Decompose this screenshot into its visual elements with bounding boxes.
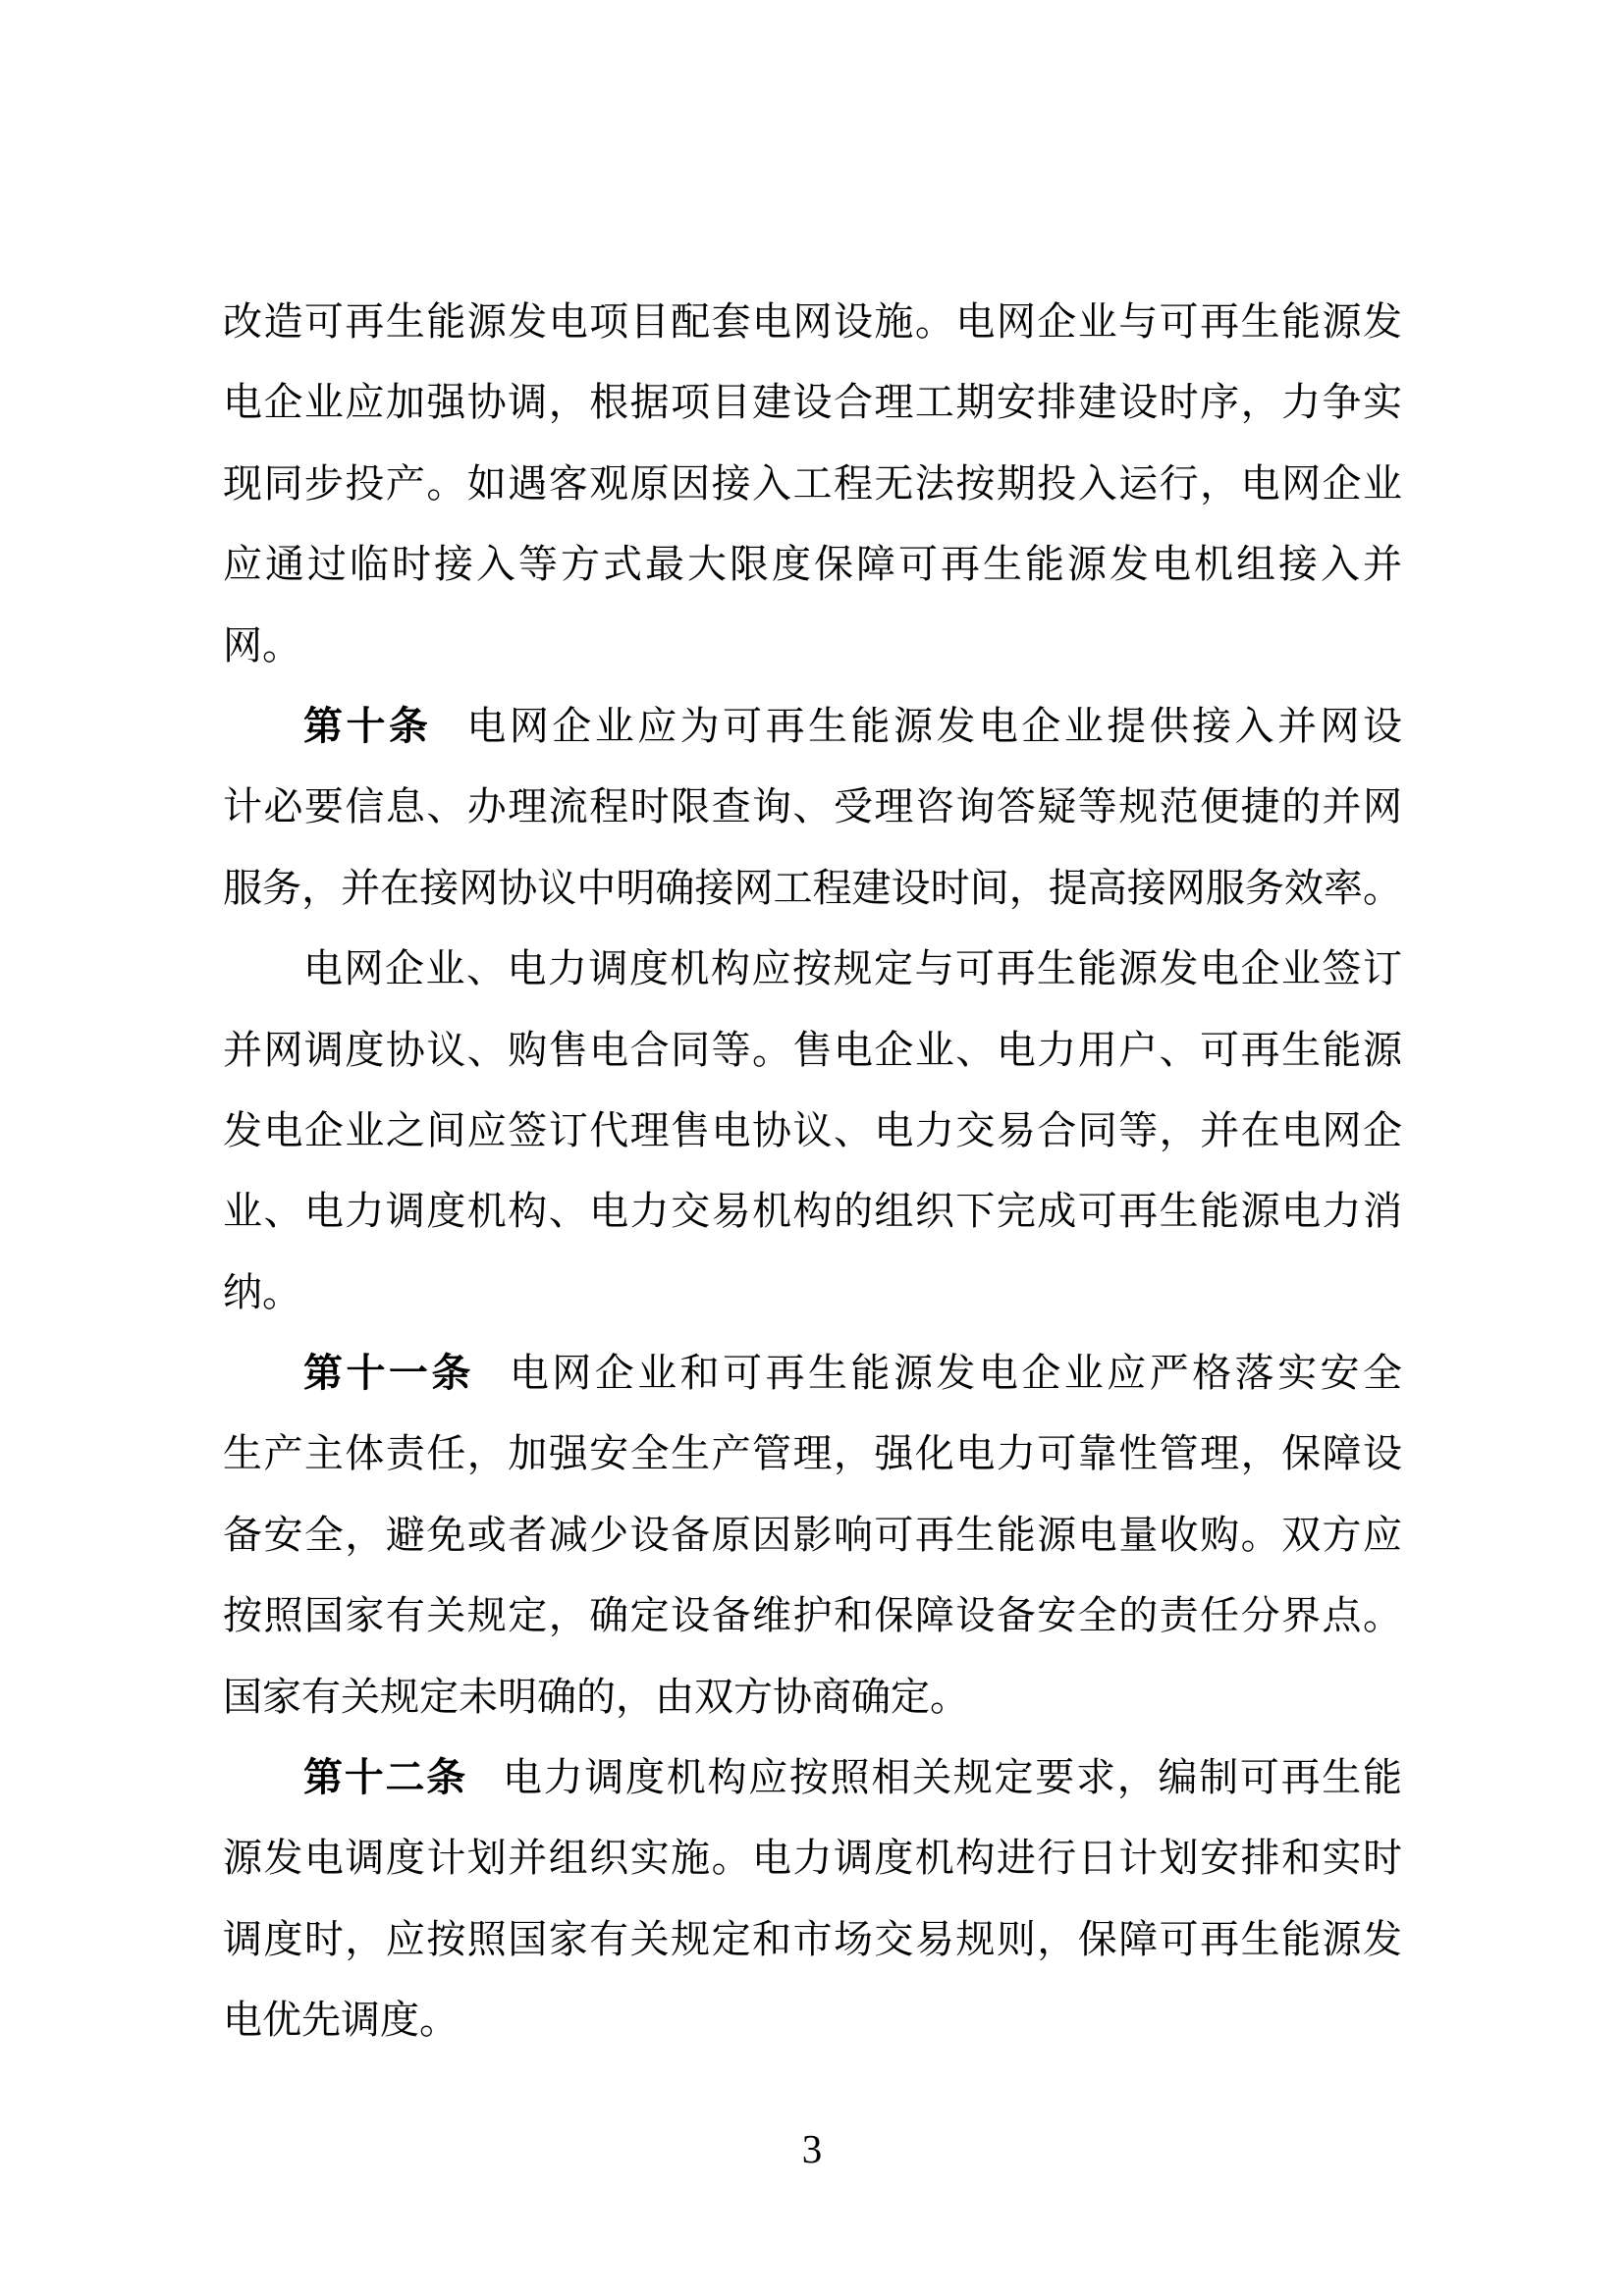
document-page: 改造可再生能源发电项目配套电网设施。电网企业与可再生能源发 电企业应加强协调，根…: [0, 0, 1624, 2296]
document-body: 改造可再生能源发电项目配套电网设施。电网企业与可再生能源发 电企业应加强协调，根…: [223, 282, 1402, 2061]
text-line: 电企业应加强协调，根据项目建设合理工期安排建设时序，力争实: [223, 362, 1402, 443]
text-line: 应通过临时接入等方式最大限度保障可再生能源发电机组接入并: [223, 524, 1402, 605]
text-line: 并网调度协议、购售电合同等。售电企业、电力用户、可再生能源: [223, 1010, 1402, 1091]
text-line: 发电企业之间应签订代理售电协议、电力交易合同等，并在电网企: [223, 1091, 1402, 1171]
article-11-heading-line: 第十一条电网企业和可再生能源发电企业应严格落实安全: [223, 1333, 1402, 1414]
text-line: 现同步投产。如遇客观原因接入工程无法按期投入运行，电网企业: [223, 444, 1402, 524]
text-line: 电网企业、电力调度机构应按规定与可再生能源发电企业签订: [223, 929, 1402, 1009]
page-number: 3: [0, 2124, 1624, 2173]
text-line: 纳。: [223, 1253, 1402, 1333]
article-10-heading-line: 第十条电网企业应为可再生能源发电企业提供接入并网设: [223, 686, 1402, 767]
text-line: 备安全，避免或者减少设备原因影响可再生能源电量收购。双方应: [223, 1495, 1402, 1575]
article-number-label: 第十条: [303, 704, 431, 748]
article-text: 电网企业和可再生能源发电企业应严格落实安全: [510, 1351, 1402, 1395]
text-line: 网。: [223, 606, 1402, 686]
article-number-label: 第十一条: [303, 1351, 474, 1395]
text-line: 计必要信息、办理流程时限查询、受理咨询答疑等规范便捷的并网: [223, 767, 1402, 847]
text-line: 国家有关规定未明确的，由双方协商确定。: [223, 1657, 1402, 1737]
article-text: 电网企业应为可再生能源发电企业提供接入并网设: [466, 704, 1402, 748]
text-line: 改造可再生能源发电项目配套电网设施。电网企业与可再生能源发: [223, 282, 1402, 362]
text-line: 业、电力调度机构、电力交易机构的组织下完成可再生能源电力消: [223, 1171, 1402, 1252]
article-text: 电力调度机构应按照相关规定要求，编制可再生能: [503, 1755, 1402, 1799]
article-12-heading-line: 第十二条电力调度机构应按照相关规定要求，编制可再生能: [223, 1737, 1402, 1818]
text-line: 生产主体责任，加强安全生产管理，强化电力可靠性管理，保障设: [223, 1414, 1402, 1494]
text-line: 服务，并在接网协议中明确接网工程建设时间，提高接网服务效率。: [223, 848, 1402, 929]
text-line: 电优先调度。: [223, 1980, 1402, 2060]
text-line: 按照国家有关规定，确定设备维护和保障设备安全的责任分界点。: [223, 1575, 1402, 1656]
text-line: 调度时，应按照国家有关规定和市场交易规则，保障可再生能源发: [223, 1899, 1402, 1980]
article-number-label: 第十二条: [303, 1755, 467, 1799]
text-line: 源发电调度计划并组织实施。电力调度机构进行日计划安排和实时: [223, 1818, 1402, 1898]
